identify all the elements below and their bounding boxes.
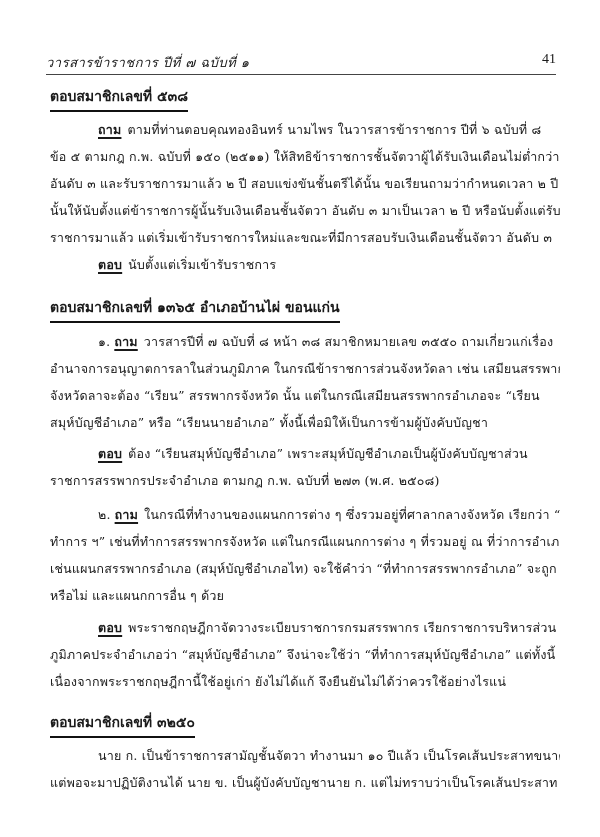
question-line: หรือไม่ และแผนกการอื่น ๆ ด้วย	[50, 586, 560, 606]
body-line: นาย ก. เป็นข้าราชการสามัญชั้นจัตวา ทำงาน…	[98, 746, 560, 766]
section-heading-3250: ตอบสมาชิกเลขที่ ๓๒๕๐	[50, 712, 195, 738]
answer-line: ตอบพระราชกฤษฎีกาจัดวางระเบียบราชการกรมสร…	[98, 618, 560, 638]
section-heading-1365: ตอบสมาชิกเลขที่ ๑๓๖๕ อำเภอบ้านไผ่ ขอนแก่…	[50, 297, 340, 323]
page-number: 41	[542, 52, 556, 68]
answer-label: ตอบ	[98, 257, 122, 272]
body-line: แต่พอจะมาปฏิบัติงานได้ นาย ข. เป็นผู้บัง…	[50, 773, 560, 793]
question-line: อำนาจการอนุญาตการลาในส่วนภูมิภาค ในกรณีข…	[50, 359, 560, 379]
question-label: ถาม	[98, 122, 121, 137]
question-line: ๒.ถามในกรณีที่ทำงานของแผนกการต่าง ๆ ซึ่ง…	[98, 505, 560, 525]
answer-line: ราชการสรรพากรประจำอำเภอ ตามกฎ ก.พ. ฉบับท…	[50, 471, 560, 491]
question-line: เช่นแผนกสรรพากรอำเภอ (สมุห์บัญชีอำเภอไท)…	[50, 559, 560, 579]
answer-label: ตอบ	[98, 620, 122, 635]
answer-line: ตอบต้อง “เรียนสมุห์บัญชีอำเภอ” เพราะสมุห…	[98, 444, 560, 464]
question-label: ถาม	[114, 334, 137, 349]
question-line: ทำการ ฯ” เช่นที่ทำการสรรพากรจังหวัด แต่ใ…	[50, 532, 560, 552]
journal-title: วารสารข้าราชการ ปีที่ ๗ ฉบับที่ ๑	[46, 52, 250, 73]
answer-line: เนื่องจากพระราชกฤษฎีกานี้ใช้อยู่เก่า ยัง…	[50, 672, 560, 692]
question-line: ราชการมาแล้ว แต่เริ่มเข้ารับราชการใหม่แล…	[50, 228, 560, 248]
running-header: วารสารข้าราชการ ปีที่ ๗ ฉบับที่ ๑ 41	[46, 52, 556, 75]
document-page: วารสารข้าราชการ ปีที่ ๗ ฉบับที่ ๑ 41 ตอบ…	[0, 0, 600, 837]
section-heading-538: ตอบสมาชิกเลขที่ ๕๓๘	[50, 86, 188, 112]
question-line: ๑.ถามวารสารปีที่ ๗ ฉบับที่ ๘ หน้า ๓๘ สมา…	[98, 332, 560, 352]
question-line: ถามตามที่ท่านตอบคุณทองอินทร์ นามไพร ในวา…	[98, 120, 560, 140]
question-line: จังหวัดลาจะต้อง “เรียน” สรรพากรจังหวัด น…	[50, 386, 560, 406]
answer-line: ตอบนับตั้งแต่เริ่มเข้ารับราชการ	[98, 255, 560, 275]
question-line: ข้อ ๕ ตามกฎ ก.พ. ฉบับที่ ๑๕๐ (๒๕๑๑) ให้ส…	[50, 147, 560, 167]
question-line: อันดับ ๓ และรับราชการมาแล้ว ๒ ปี สอบแข่ง…	[50, 174, 560, 194]
question-line: สมุห์บัญชีอำเภอ” หรือ “เรียนนายอำเภอ” ทั…	[50, 413, 560, 433]
answer-label: ตอบ	[98, 446, 122, 461]
question-label: ถาม	[115, 507, 138, 522]
answer-line: ภูมิภาคประจำอำเภอว่า “สมุห์บัญชีอำเภอ” จ…	[50, 645, 560, 665]
question-line: นั้นให้นับตั้งแต่ข้าราชการผู้นั้นรับเงิน…	[50, 201, 560, 221]
